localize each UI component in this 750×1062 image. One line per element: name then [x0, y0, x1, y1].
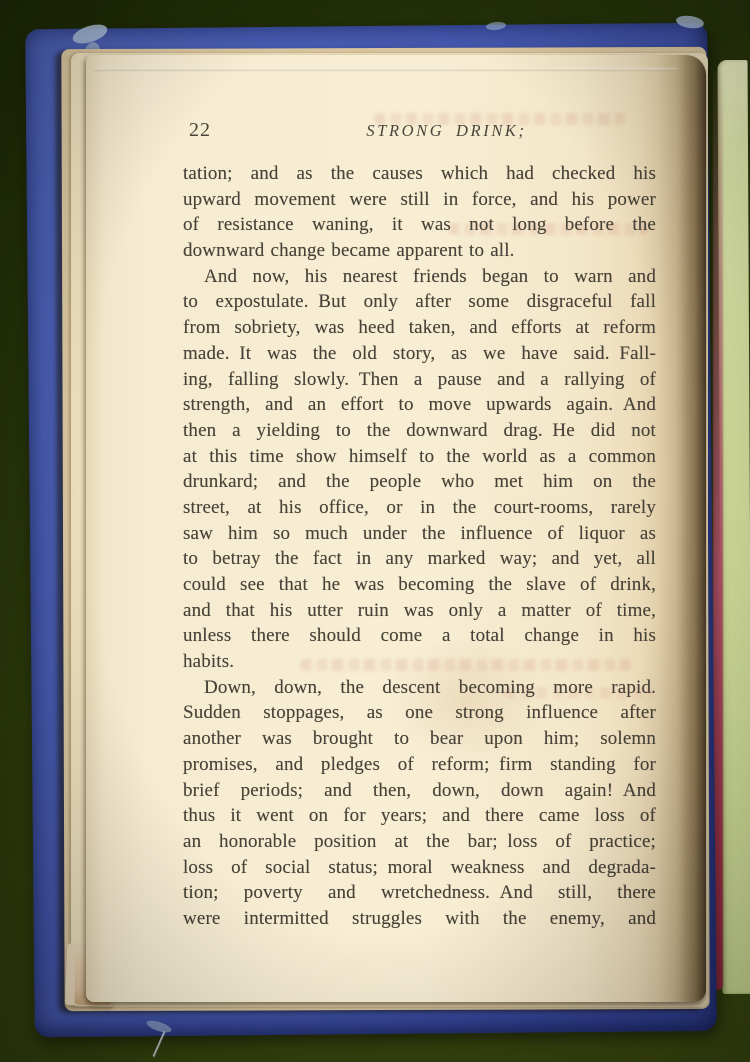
- text-line: And now, his nearest friends began to wa…: [183, 264, 656, 290]
- text-line: drunkard; and the people who met him on …: [183, 469, 656, 495]
- text-line: and that his utter ruin was only a matte…: [183, 598, 656, 624]
- page-header: 22 STRONG DRINK;: [183, 119, 656, 145]
- text-line: saw him so much under the influence of l…: [183, 521, 656, 547]
- page-text: tation; and as the causes which had chec…: [183, 161, 656, 932]
- text-line: ing, falling slowly. Then a pause and a …: [183, 367, 656, 393]
- text-line: from sobriety, was heed taken, and effor…: [183, 315, 656, 341]
- text-line: downward change became apparent to all.: [183, 238, 656, 264]
- text-line: promises, and pledges of reform; firm st…: [183, 752, 656, 778]
- text-line: loss of social status; moral weakness an…: [183, 855, 656, 881]
- page-top-edge: [94, 68, 678, 71]
- page-gutter-shadow: [658, 55, 706, 1002]
- text-line: to expostulate. But only after some disg…: [183, 289, 656, 315]
- text-line: tation; and as the causes which had chec…: [183, 161, 656, 187]
- text-line: thus it went on for years; and there cam…: [183, 803, 656, 829]
- text-line: at this time show himself to the world a…: [183, 444, 656, 470]
- text-line: Sudden stoppages, as one strong influenc…: [183, 700, 656, 726]
- text-line: tion; poverty and wretchedness. And stil…: [183, 880, 656, 906]
- text-line: strength, and an effort to move upwards …: [183, 392, 656, 418]
- page-number: 22: [189, 119, 211, 142]
- text-line: another was brought to bear upon him; so…: [183, 726, 656, 752]
- running-header: STRONG DRINK;: [210, 121, 683, 141]
- text-line: upward movement were still in force, and…: [183, 187, 656, 213]
- text-line: Down, down, the descent becoming more ra…: [183, 675, 656, 701]
- text-line: were intermitted struggles with the enem…: [183, 906, 656, 932]
- text-line: habits.: [183, 649, 656, 675]
- text-line: to betray the fact in any marked way; an…: [183, 546, 656, 572]
- text-line: an honorable position at the bar; loss o…: [183, 829, 656, 855]
- text-line: then a yielding to the downward drag. He…: [183, 418, 656, 444]
- book-scan: 22 STRONG DRINK; tation; and as the caus…: [0, 0, 750, 1062]
- text-line: brief periods; and then, down, down agai…: [183, 778, 656, 804]
- text-line: street, at his office, or in the court-r…: [183, 495, 656, 521]
- text-line: of resistance waning, it was not long be…: [183, 212, 656, 238]
- book-page: 22 STRONG DRINK; tation; and as the caus…: [86, 55, 706, 1002]
- text-line: made. It was the old story, as we have s…: [183, 341, 656, 367]
- text-line: unless there should come a total change …: [183, 623, 656, 649]
- text-line: could see that he was becoming the slave…: [183, 572, 656, 598]
